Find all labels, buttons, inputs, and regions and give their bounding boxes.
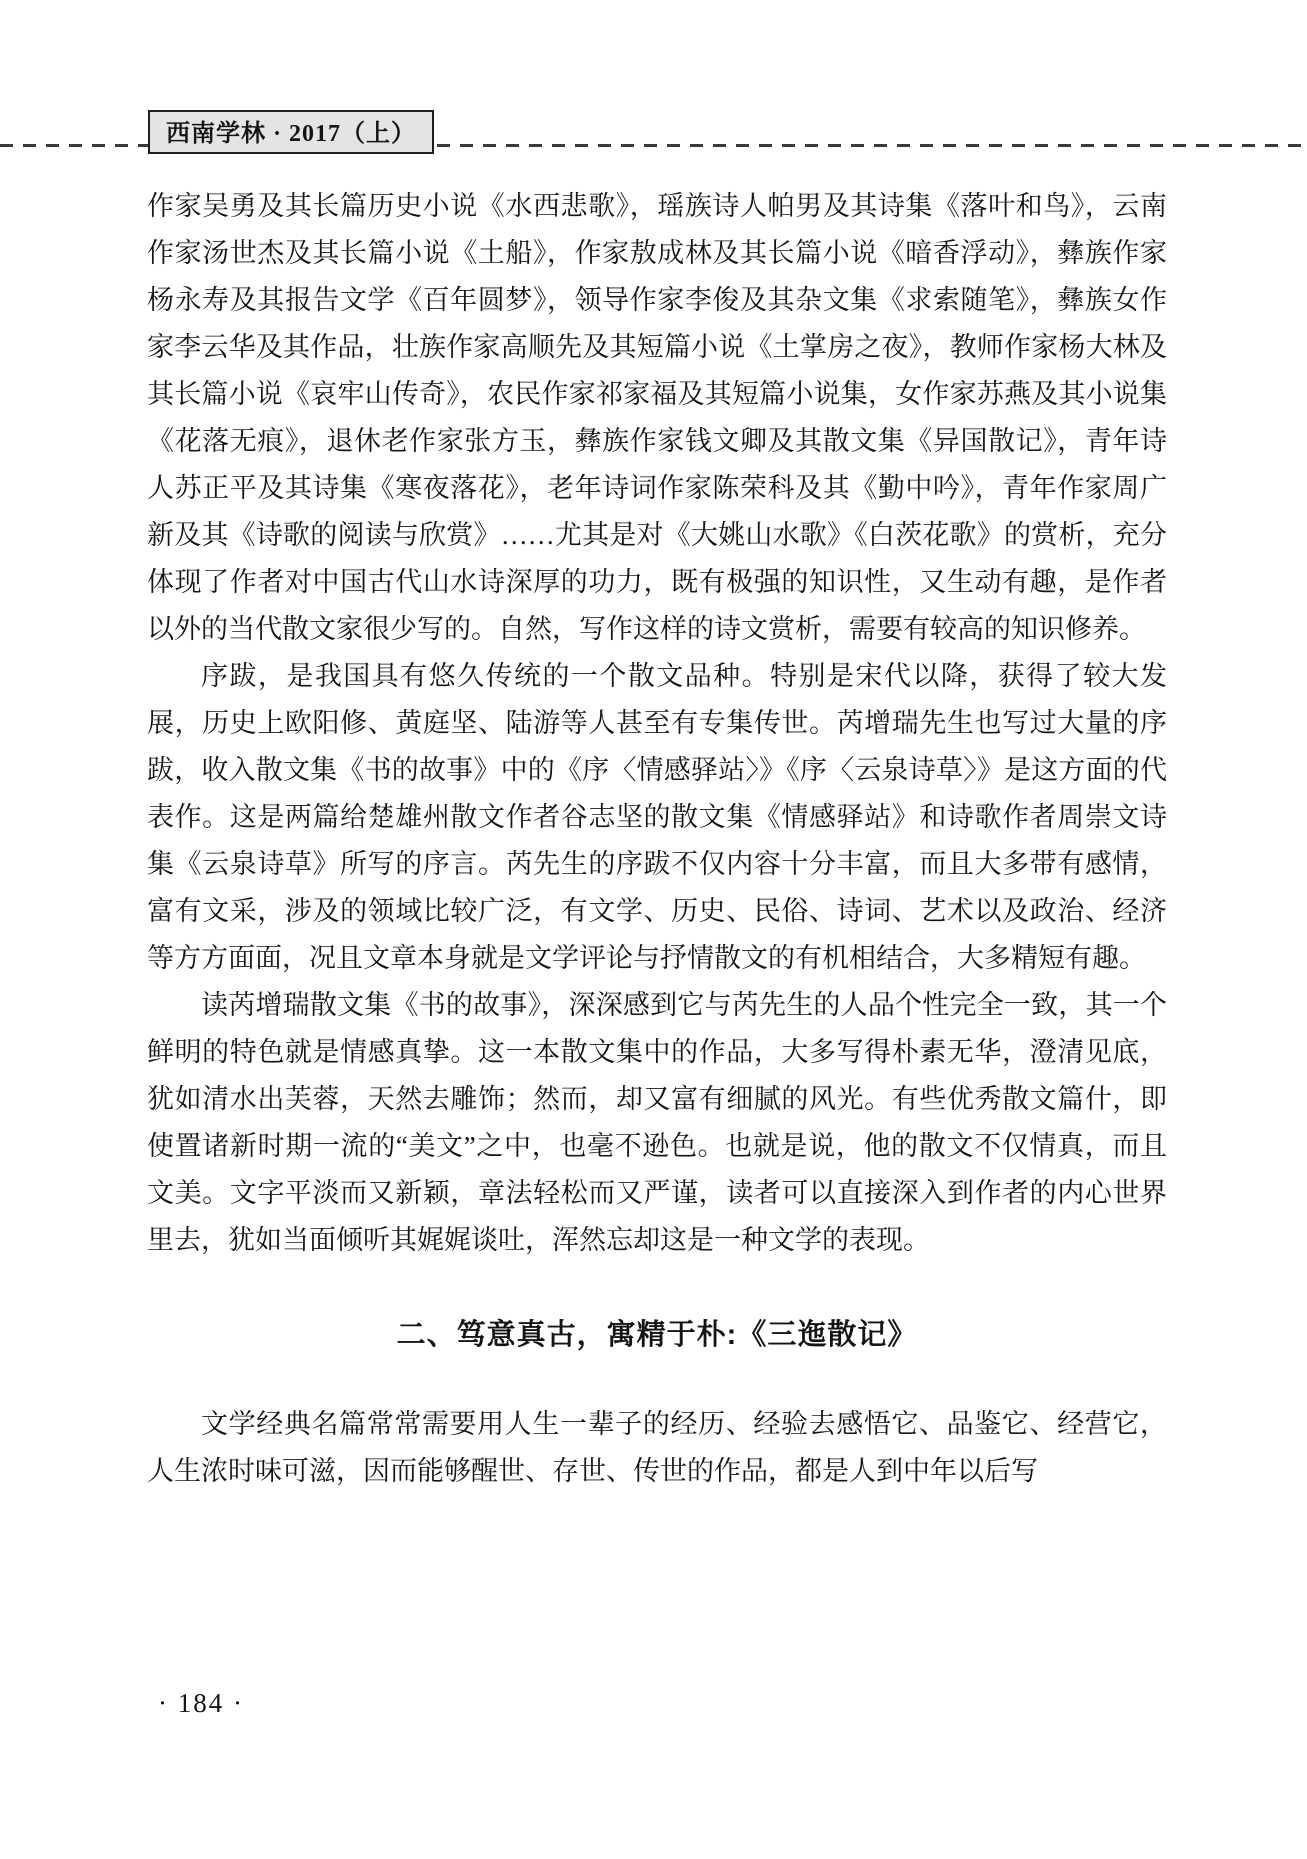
page-body: 作家吴勇及其长篇历史小说《水西悲歌》，瑶族诗人帕男及其诗集《落叶和鸟》，云南作家… xyxy=(147,183,1167,1495)
page-number: · 184 · xyxy=(158,1688,244,1719)
journal-title: 西南学林 · 2017（上） xyxy=(166,121,416,147)
section-heading: 二、笃意真古，寓精于朴:《三迤散记》 xyxy=(147,1312,1167,1359)
body-paragraph-4: 文学经典名篇常常需要用人生一辈子的经历、经验去感悟它、品鉴它、经营它，人生浓时味… xyxy=(147,1401,1167,1495)
document-page: 西南学林 · 2017（上） 作家吴勇及其长篇历史小说《水西悲歌》，瑶族诗人帕男… xyxy=(0,0,1307,1859)
body-paragraph-3: 读芮增瑞散文集《书的故事》，深深感到它与芮先生的人品个性完全一致，其一个鲜明的特… xyxy=(147,982,1167,1264)
body-paragraph-1: 作家吴勇及其长篇历史小说《水西悲歌》，瑶族诗人帕男及其诗集《落叶和鸟》，云南作家… xyxy=(147,183,1167,653)
journal-header-badge: 西南学林 · 2017（上） xyxy=(148,110,434,154)
body-paragraph-2: 序跋，是我国具有悠久传统的一个散文品种。特别是宋代以降，获得了较大发展，历史上欧… xyxy=(147,653,1167,982)
